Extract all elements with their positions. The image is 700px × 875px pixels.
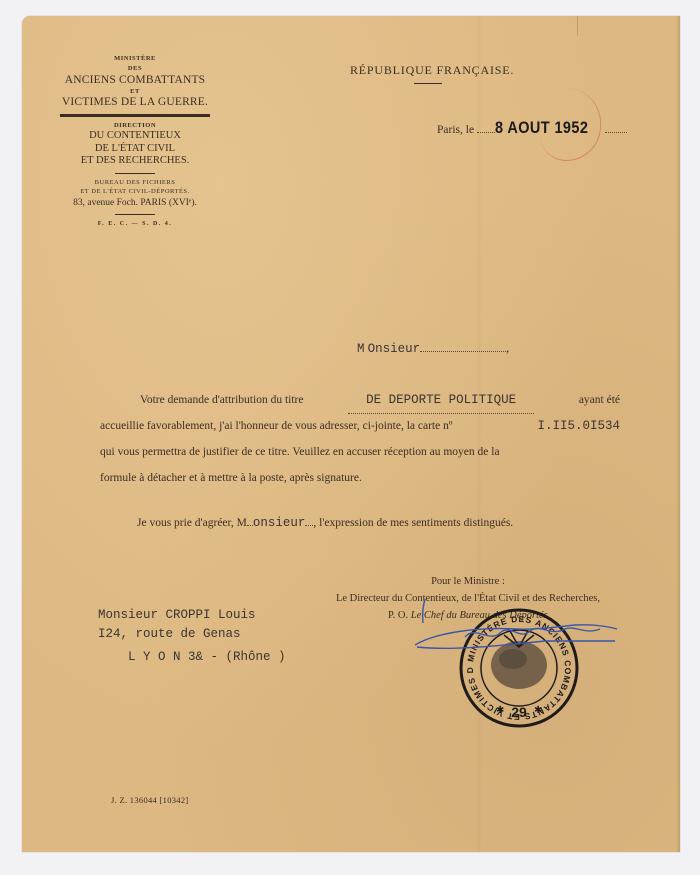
salutation-comma: , (506, 341, 509, 355)
letterhead-short-rule (115, 173, 155, 174)
signature-line-1: Pour le Ministre : (318, 573, 618, 590)
paper-fold (577, 16, 578, 36)
bureau-line2: ET DE L'ÉTAT CIVIL-DÉPORTÉS. (52, 189, 218, 196)
title-field: DE DEPORTE POLITIQUE (348, 387, 534, 414)
svg-text:✱: ✱ (496, 705, 504, 716)
ministry-letterhead: MINISTÈRE DES ANCIENS COMBATTANTS ET VIC… (52, 56, 218, 227)
closing-text: Je vous prie d'agréer, M (137, 517, 247, 529)
salutation-typed: Onsieur (368, 342, 421, 356)
salutation-prefix: M (357, 342, 365, 356)
body-paragraph-2: Je vous prie d'agréer, Monsieur, l'expre… (137, 516, 513, 530)
title-typed: DE DEPORTE POLITIQUE (366, 393, 516, 407)
letterhead-reference: F. E. C. — S. D. 4. (52, 221, 218, 227)
body-line-1: Votre demande d'attribution du titre DE … (100, 387, 620, 413)
body-text: formule à détacher et à mettre à la post… (100, 465, 362, 491)
card-number: I.II5.0I534 (537, 413, 620, 439)
ministry-label: MINISTÈRE (52, 56, 218, 63)
bureau-address: 83, avenue Foch. PARIS (XVIᵉ). (52, 199, 218, 209)
signature-line-2: Le Directeur du Contentieux, de l'État C… (318, 590, 618, 607)
republic-rule (414, 83, 442, 84)
ministry-name-line1: ANCIENS COMBATTANTS (52, 75, 218, 87)
date-dots-left (477, 132, 495, 133)
ministry-name-line2: VICTIMES DE LA GUERRE. (52, 97, 218, 109)
body-line-4: formule à détacher et à mettre à la post… (100, 465, 620, 491)
svg-text:✱: ✱ (534, 705, 542, 716)
seal-number: 29 (511, 704, 527, 720)
body-text: ayant été (579, 387, 620, 413)
ministry-et: ET (52, 89, 218, 96)
direction-label: DIRECTION (52, 123, 218, 130)
date-dots-right (605, 132, 627, 133)
direction-line3: ET DES RECHERCHES. (52, 156, 218, 167)
recipient-street: I24, route de Genas (98, 625, 286, 644)
place-label: Paris, le (437, 124, 474, 136)
letterhead-short-rule-2 (115, 214, 155, 215)
body-line-3: qui vous permettra de justifier de ce ti… (100, 439, 620, 465)
bureau-line1: BUREAU DES FICHIERS (52, 180, 218, 187)
ministry-des: DES (52, 66, 218, 73)
closing-typed: onsieur (253, 516, 306, 530)
body-text: qui vous permettra de justifier de ce ti… (100, 439, 500, 465)
direction-line1: DU CONTENTIEUX (52, 131, 218, 142)
paper-edge (676, 16, 680, 852)
recipient-address: Monsieur CROPPI LouisI24, route de Genas… (98, 606, 286, 667)
closing-text-end: , l'expression de mes sentiments disting… (313, 517, 513, 529)
salutation-dots (420, 351, 506, 352)
recipient-city: L Y O N 3& - (Rhône ) (98, 648, 286, 667)
handwritten-signature-icon (405, 615, 625, 665)
body-text: Votre demande d'attribution du titre (140, 387, 303, 413)
body-text: accueillie favorablement, j'ai l'honneur… (100, 413, 452, 439)
footer-reference: J. Z. 136044 [10342] (111, 795, 189, 805)
body-paragraph-1: Votre demande d'attribution du titre DE … (100, 387, 620, 491)
salutation: M Onsieur, (357, 341, 509, 356)
recipient-name: Monsieur CROPPI Louis (98, 606, 286, 625)
direction-line2: DE L'ÉTAT CIVIL (52, 144, 218, 155)
republic-heading: RÉPUBLIQUE FRANÇAISE. (350, 63, 514, 78)
letterhead-rule (60, 114, 210, 117)
body-line-2: accueillie favorablement, j'ai l'honneur… (100, 413, 620, 439)
